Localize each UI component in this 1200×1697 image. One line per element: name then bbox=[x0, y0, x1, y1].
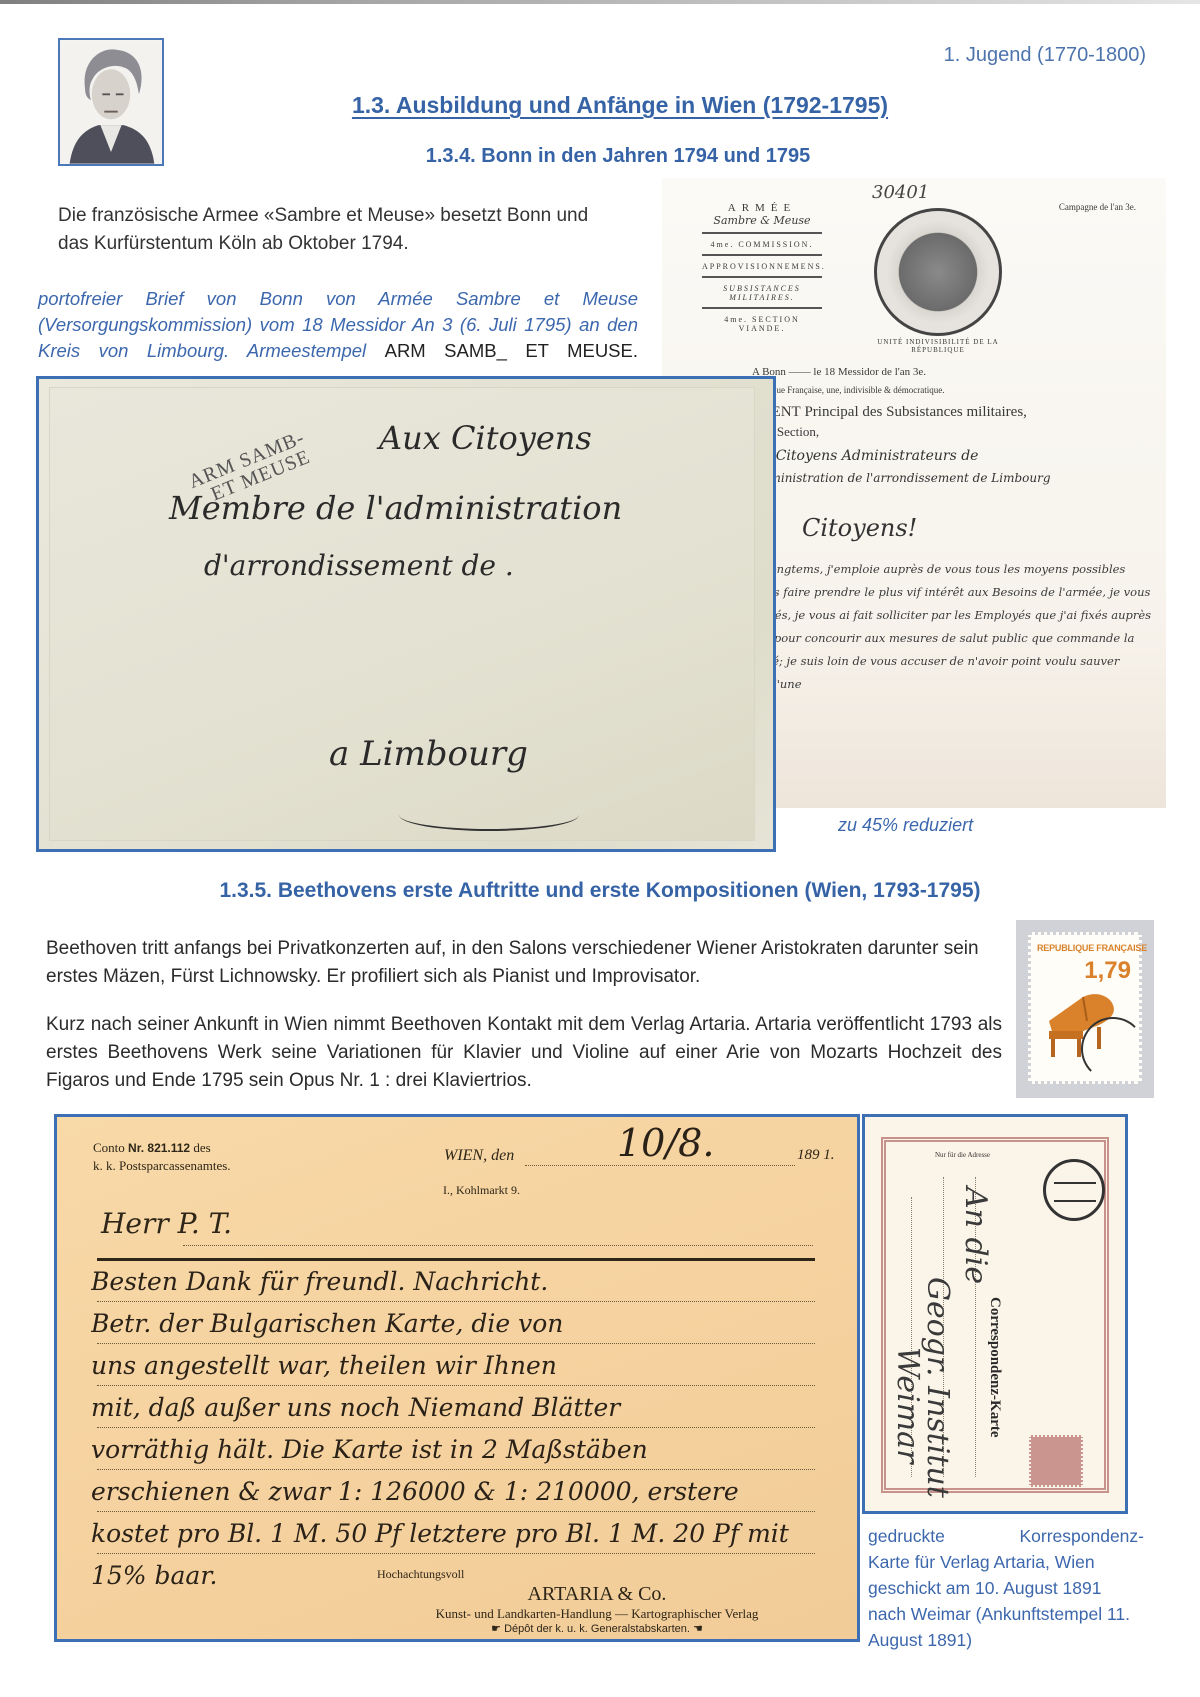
ruled-line bbox=[97, 1511, 815, 1512]
card-hw-1: An die bbox=[958, 1187, 993, 1284]
flourish bbox=[399, 799, 579, 831]
page-title-text: 1.3. Ausbildung und Anfänge in Wien (179… bbox=[352, 92, 888, 118]
republic-seal-icon bbox=[874, 208, 1002, 336]
handwritten-date: 10/8. bbox=[617, 1121, 714, 1165]
agent-line: L'AGENT Principal des Subsistances milit… bbox=[738, 404, 1027, 421]
korrespondenz-card-image: Nur für die Adresse Correspondenz-Karte … bbox=[862, 1114, 1128, 1514]
cancellation-mark bbox=[1081, 1017, 1145, 1081]
address-line-4: a Limbourg bbox=[329, 734, 528, 774]
section-tag: 1. Jugend (1770-1800) bbox=[944, 44, 1146, 67]
card-small-print: Nur für die Adresse bbox=[935, 1151, 990, 1159]
artaria-card-image: Conto Nr. 821.112 des k. k. Postsparcass… bbox=[54, 1114, 860, 1642]
pointing-hand-right-icon: ☛ bbox=[491, 1623, 504, 1635]
handwritten-line: uns angestellt war, theilen wir Ihnen bbox=[91, 1351, 831, 1380]
weimar-postmark bbox=[1043, 1159, 1105, 1221]
bonn-intro-text: Die französische Armee «Sambre et Meuse»… bbox=[58, 202, 618, 258]
piano-stamp-image: REPUBLIQUE FRANÇAISE 1,79 bbox=[1016, 920, 1154, 1098]
firm-depot-text: Dépôt der k. u. k. Generalstabskarten. bbox=[504, 1623, 690, 1635]
ruled-line bbox=[97, 1343, 815, 1344]
subsection-heading-bonn: 1.3.4. Bonn in den Jahren 1794 und 1795 bbox=[0, 145, 1200, 168]
herr-line: Herr P. T. bbox=[101, 1207, 232, 1240]
header-subsist: SUBSISTANCES MILITAIRES. bbox=[702, 278, 822, 309]
wien-den-label: WIEN, den bbox=[444, 1147, 514, 1165]
korrespondenz-caption: gedruckte Korrespondenz- Karte für Verla… bbox=[868, 1523, 1144, 1653]
vienna-paragraph-1: Beethoven tritt anfangs bei Privatkonzer… bbox=[46, 935, 1006, 991]
card-hw-3: Weimar bbox=[890, 1347, 925, 1463]
handwritten-line: kostet pro Bl. 1 M. 50 Pf letztere pro B… bbox=[91, 1519, 831, 1548]
date-dotted-line bbox=[525, 1165, 795, 1166]
firm-imprint: ARTARIA & Co. Kunst- und Landkarten-Hand… bbox=[367, 1583, 827, 1635]
herr-dotted-line bbox=[183, 1245, 813, 1246]
conto-label: Conto Nr. 821.112 des k. k. Postsparcass… bbox=[93, 1139, 231, 1175]
vienna-paragraph-2: Kurz nach seiner Ankunft in Wien nimmt B… bbox=[46, 1011, 1002, 1095]
header-armee: ARMÉE Sambre & Meuse bbox=[702, 196, 822, 234]
sambre-label: Sambre & Meuse bbox=[702, 214, 822, 227]
recipient-line-1: aux Citoyens Administrateurs de bbox=[746, 448, 978, 464]
caption-rest: Karte für Verlag Artaria, Wien geschickt… bbox=[868, 1552, 1130, 1650]
address-line-1: Aux Citoyens bbox=[379, 419, 592, 457]
ruled-line bbox=[97, 1301, 815, 1302]
firm-depot: ☛ Dépôt der k. u. k. Generalstabskarten.… bbox=[367, 1622, 827, 1635]
card-hw-2: Geogr. Institut bbox=[920, 1277, 955, 1498]
armee-label: ARMÉE bbox=[702, 202, 822, 214]
ruled-line bbox=[97, 1427, 815, 1428]
card-title: Correspondenz-Karte bbox=[986, 1297, 1003, 1438]
reduction-note: zu 45% reduziert bbox=[838, 815, 973, 836]
letter-cover-image: ARM SAMB- ET MEUSE Aux Citoyens Membre d… bbox=[36, 376, 776, 852]
address-line-3: d'arrondissement de . bbox=[204, 549, 514, 582]
divider-rule bbox=[97, 1258, 815, 1261]
handwritten-line: mit, daß außer uns noch Niemand Blätter bbox=[91, 1393, 831, 1422]
header-approv: APPROVISIONNEMENS. bbox=[702, 256, 822, 278]
subsection-heading-vienna: 1.3.5. Beethovens erste Auftritte und er… bbox=[0, 879, 1200, 903]
handwritten-line: Betr. der Bulgarischen Karte, die von bbox=[91, 1309, 831, 1338]
conto-post: des bbox=[190, 1140, 211, 1155]
army-stamp-text: ARM SAMB_ ET MEUSE. bbox=[385, 340, 638, 361]
recipient-line-2: l'Administration de l'arrondissement de … bbox=[746, 471, 1051, 485]
agent-rest: Principal des Subsistances militaires, bbox=[801, 404, 1027, 420]
address-label: I., Kohlmarkt 9. bbox=[443, 1183, 520, 1198]
stamp-body: REPUBLIQUE FRANÇAISE 1,79 bbox=[1028, 932, 1142, 1084]
page-title: 1.3. Ausbildung und Anfänge in Wien (179… bbox=[0, 92, 1200, 119]
pointing-hand-left-icon: ☚ bbox=[690, 1623, 703, 1635]
bonn-letter-caption: portofreier Brief von Bonn von Armée Sam… bbox=[38, 286, 638, 364]
imprinted-stamp bbox=[1029, 1435, 1083, 1487]
handwritten-line: 15% baar. bbox=[91, 1561, 831, 1590]
campagne-label: Campagne de l'an 3e. bbox=[1059, 202, 1136, 212]
document-number: 30401 bbox=[872, 182, 929, 203]
place-date-line: A Bonn —— le 18 Messidor de l'an 3e. bbox=[752, 366, 926, 378]
header-commission: 4me. COMMISSION. bbox=[702, 234, 822, 256]
conto-number: Nr. 821.112 bbox=[128, 1141, 190, 1155]
ruled-line bbox=[97, 1469, 815, 1470]
letter-header: ARMÉE Sambre & Meuse 4me. COMMISSION. AP… bbox=[702, 196, 822, 338]
ruled-line bbox=[97, 1553, 815, 1554]
seal-legend: UNITÉ INDIVISIBILITÉ DE LA RÉPUBLIQUE bbox=[874, 338, 1002, 354]
conto-pre: Conto bbox=[93, 1140, 128, 1155]
letter-body: Depuis longtems, j'emploie auprès de vou… bbox=[722, 558, 1152, 696]
scan-edge bbox=[0, 0, 1200, 4]
conto-line-2: k. k. Postsparcassenamtes. bbox=[93, 1157, 231, 1175]
salutation: Citoyens! bbox=[802, 514, 917, 542]
handwritten-line: erschienen & zwar 1: 126000 & 1: 210000,… bbox=[91, 1477, 831, 1506]
handwritten-line: Besten Dank für freundl. Nachricht. bbox=[91, 1267, 831, 1296]
header-section: 4me. SECTION VIANDE. bbox=[702, 309, 822, 338]
handwritten-line: vorräthig hält. Die Karte ist in 2 Maßst… bbox=[91, 1435, 831, 1464]
firm-subtitle: Kunst- und Landkarten-Handlung — Kartogr… bbox=[367, 1606, 827, 1622]
caption-first-line: gedruckte Korrespondenz- bbox=[868, 1523, 1144, 1549]
stamp-value: 1,79 bbox=[1084, 957, 1131, 985]
ruled-line bbox=[97, 1385, 815, 1386]
stamp-country: REPUBLIQUE FRANÇAISE bbox=[1037, 943, 1147, 953]
address-line-2: Membre de l'administration bbox=[169, 489, 622, 527]
year-label: 189 1. bbox=[797, 1147, 835, 1164]
